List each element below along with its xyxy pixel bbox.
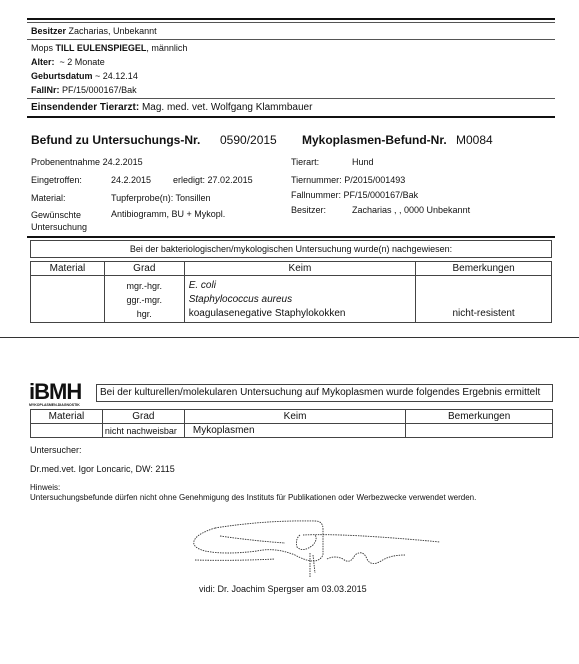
- owner-rule: [27, 39, 555, 40]
- age-value: ~ 2 Monate: [60, 57, 105, 67]
- ibmh-logo: iBMH MYKOPLASMEN-DIAGNOSTIK: [29, 381, 97, 411]
- table-header-row: Material Grad Keim Bemerkungen: [31, 262, 552, 276]
- cell-material: [31, 424, 103, 438]
- birth-value: ~ 24.12.14: [95, 71, 138, 81]
- field-besitzer-label: Besitzer:: [291, 205, 326, 215]
- col-grad: Grad: [104, 262, 184, 276]
- grad-value: hgr.: [109, 307, 180, 321]
- field-probenentnahme: Probenentnahme 24.2.2015: [31, 157, 143, 167]
- cell-grad: mgr.-hgr. ggr.-mgr. hgr.: [104, 276, 184, 323]
- col-bemerkungen: Bemerkungen: [406, 410, 553, 424]
- owner-line: Besitzer Zacharias, Unbekannt: [31, 26, 157, 36]
- field-fallnummer: Fallnummer: PF/15/000167/Bak: [291, 190, 418, 200]
- mycoplasma-table: Material Grad Keim Bemerkungen nicht nac…: [30, 409, 553, 438]
- vet-value: Mag. med. vet. Wolfgang Klammbauer: [142, 102, 312, 113]
- case-line: FallNr: PF/15/000167/Bak: [31, 85, 137, 95]
- field-label: Fallnummer:: [291, 190, 341, 200]
- keim-value: Staphylococcus aureus: [189, 293, 412, 307]
- field-erledigt: erledigt: 27.02.2015: [173, 175, 253, 185]
- keim-value: E. coli: [189, 279, 412, 293]
- keim-value: koagulasenegative Staphylokokken: [189, 307, 412, 321]
- field-besitzer-value: Zacharias , , 0000 Unbekannt: [352, 205, 470, 215]
- field-label: Tiernummer:: [291, 175, 342, 185]
- top-rule-2: [27, 22, 555, 23]
- field-value: 27.02.2015: [208, 175, 253, 185]
- col-material: Material: [31, 410, 103, 424]
- col-bemerkungen: Bemerkungen: [416, 262, 552, 276]
- field-label: Probenentnahme: [31, 157, 100, 167]
- age-line: Alter: ~ 2 Monate: [31, 57, 105, 67]
- birth-label: Geburtsdatum: [31, 71, 93, 81]
- befund-label: Befund zu Untersuchungs-Nr.: [31, 133, 200, 147]
- table-header-row: Material Grad Keim Bemerkungen: [31, 410, 553, 424]
- bemerkung-value: nicht-resistent: [420, 307, 547, 321]
- case-rule: [27, 98, 555, 99]
- col-grad: Grad: [102, 410, 184, 424]
- myko-heading: Mykoplasmen-Befund-Nr.: [302, 133, 447, 147]
- table-row: nicht nachweisbar Mykoplasmen: [31, 424, 553, 438]
- field-material-value: Tupferprobe(n): Tonsillen: [111, 193, 211, 203]
- field-value: PF/15/000167/Bak: [344, 190, 419, 200]
- grad-value: mgr.-hgr.: [109, 279, 180, 293]
- grad-value: ggr.-mgr.: [109, 293, 180, 307]
- field-eingetroffen-label: Eingetroffen:: [31, 175, 82, 185]
- note-label: Hinweis:: [30, 483, 60, 492]
- examiner-value: Dr.med.vet. Igor Loncaric, DW: 2115: [30, 464, 175, 474]
- bemerkung-value: [420, 293, 547, 307]
- age-label: Alter:: [31, 57, 55, 67]
- cell-bemerkungen: [406, 424, 553, 438]
- cell-bemerkungen: nicht-resistent: [416, 276, 552, 323]
- field-value: 24.2.2015: [103, 157, 143, 167]
- field-gewuenschte-value: Antibiogramm, BU + Mykopl.: [111, 209, 225, 219]
- myko-label: Mykoplasmen-Befund-Nr.: [302, 133, 447, 147]
- bacteriology-table: Material Grad Keim Bemerkungen mgr.-hgr.…: [30, 261, 552, 323]
- cell-keim: Mykoplasmen: [184, 424, 405, 438]
- bemerkung-value: [420, 279, 547, 293]
- owner-label: Besitzer: [31, 26, 66, 36]
- vet-label: Einsendender Tierarzt:: [31, 102, 139, 113]
- table-body: mgr.-hgr. ggr.-mgr. hgr. E. coli Staphyl…: [31, 276, 552, 323]
- top-rule: [27, 18, 555, 20]
- logo-text: iBMH: [29, 381, 97, 403]
- animal-name: TILL EULENSPIEGEL: [56, 43, 147, 53]
- vidi-line: vidi: Dr. Joachim Spergser am 03.03.2015: [199, 584, 367, 594]
- befund-heading: Befund zu Untersuchungs-Nr.: [31, 133, 200, 147]
- animal-breed: Mops: [31, 43, 53, 53]
- animal-sex: , männlich: [146, 43, 187, 53]
- vet-rule: [27, 116, 555, 118]
- case-label: FallNr:: [31, 85, 60, 95]
- note-text: Untersuchungsbefunde dürfen nicht ohne G…: [30, 493, 476, 502]
- cell-material: [31, 276, 105, 323]
- section-rule: [27, 236, 555, 238]
- bacteriology-caption: Bei der bakteriologischen/mykologischen …: [30, 240, 552, 258]
- signature: [185, 515, 445, 585]
- field-tierart-value: Hund: [352, 157, 374, 167]
- col-keim: Keim: [184, 262, 416, 276]
- cell-grad: nicht nachweisbar: [102, 424, 184, 438]
- field-label: erledigt:: [173, 175, 205, 185]
- field-value: P/2015/001493: [344, 175, 405, 185]
- birth-line: Geburtsdatum ~ 24.12.14: [31, 71, 138, 81]
- cell-keim: E. coli Staphylococcus aureus koagulasen…: [184, 276, 416, 323]
- logo-subtext: MYKOPLASMEN-DIAGNOSTIK: [29, 403, 97, 408]
- myko-number: M0084: [456, 133, 493, 147]
- field-tiernummer: Tiernummer: P/2015/001493: [291, 175, 405, 185]
- examiner-label: Untersucher:: [30, 445, 82, 455]
- animal-line: Mops TILL EULENSPIEGEL, männlich: [31, 43, 187, 53]
- vet-line: Einsendender Tierarzt: Mag. med. vet. Wo…: [31, 102, 312, 113]
- owner-value: Zacharias, Unbekannt: [69, 26, 157, 36]
- field-gewuenschte-label: Gewünschte Untersuchung: [31, 209, 101, 233]
- col-material: Material: [31, 262, 105, 276]
- field-tierart-label: Tierart:: [291, 157, 319, 167]
- field-eingetroffen-value: 24.2.2015: [111, 175, 151, 185]
- page-break-rule: [0, 337, 579, 338]
- col-keim: Keim: [184, 410, 405, 424]
- case-value: PF/15/000167/Bak: [62, 85, 137, 95]
- field-material-label: Material:: [31, 193, 66, 203]
- mycoplasma-caption: Bei der kulturellen/molekularen Untersuc…: [96, 384, 553, 402]
- befund-number: 0590/2015: [220, 133, 277, 147]
